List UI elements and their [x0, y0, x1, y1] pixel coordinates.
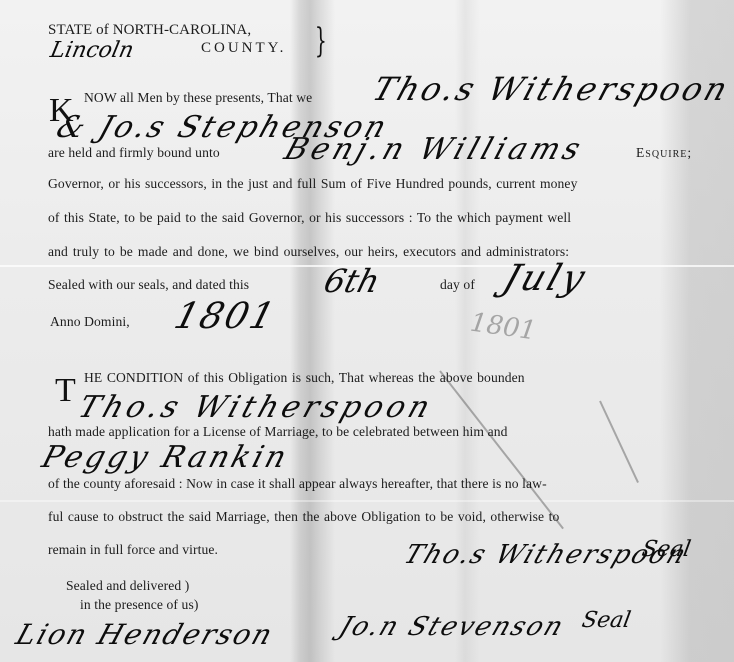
surety-signature: Jo.n Stevenson — [335, 612, 569, 642]
bond-bind-line: and truly to be made and done, we bind o… — [48, 244, 569, 260]
marriage-bond-document: STATE of NORTH-CAROLINA, COUNTY. } Linco… — [0, 0, 734, 662]
surety-seal-mark: Seal — [580, 608, 633, 633]
principal-seal-mark: Seal — [640, 537, 693, 562]
anno-domini-text: Anno Domini, — [50, 314, 130, 330]
county-aforesaid-text: of the county aforesaid : Now in case it… — [48, 476, 547, 492]
day-handwritten: 6th — [320, 262, 384, 300]
groom-name-handwritten: Tho.s Witherspoon — [74, 390, 438, 425]
bound-unto-text: are held and firmly bound unto — [48, 145, 220, 161]
year-handwritten: 1801 — [170, 296, 281, 337]
principal-name-handwritten: Tho.s Witherspoon — [368, 70, 734, 108]
sealed-delivered-text: Sealed and delivered ) — [66, 578, 189, 594]
bond-payment-line: of this State, to be paid to the said Go… — [48, 210, 571, 226]
know-all-men-text: NOW all Men by these presents, That we — [84, 90, 312, 106]
day-of-text: day of — [440, 277, 475, 293]
governor-name-handwritten: Benj.n Williams — [280, 132, 589, 167]
month-handwritten: July — [498, 258, 593, 299]
county-name-handwritten: Lincoln — [48, 38, 136, 63]
esquire-text: Esquire; — [636, 145, 692, 161]
bond-sum-line: Governor, or his successors, in the just… — [48, 176, 577, 192]
state-heading: STATE of NORTH-CAROLINA, — [48, 22, 251, 39]
bride-name-handwritten: Peggy Rankin — [38, 440, 293, 475]
county-heading: COUNTY. — [201, 40, 286, 57]
ink-smudge — [439, 370, 564, 529]
witness-signature: Lion Henderson — [12, 618, 278, 651]
ink-smudge — [599, 401, 639, 483]
header-brace: } — [315, 24, 327, 58]
drop-cap-t: T — [55, 374, 76, 408]
full-force-text: remain in full force and virtue. — [48, 542, 218, 558]
paper-fold-line — [0, 500, 734, 502]
license-application-text: hath made application for a License of M… — [48, 424, 508, 440]
presence-of-text: in the presence of us) — [80, 597, 198, 613]
condition-text: HE CONDITION of this Obligation is such,… — [84, 370, 525, 386]
year-pencil-annotation: 1801 — [468, 308, 538, 347]
sealed-dated-text: Sealed with our seals, and dated this — [48, 277, 249, 293]
lawful-cause-text: ful cause to obstruct the said Marriage,… — [48, 509, 559, 525]
